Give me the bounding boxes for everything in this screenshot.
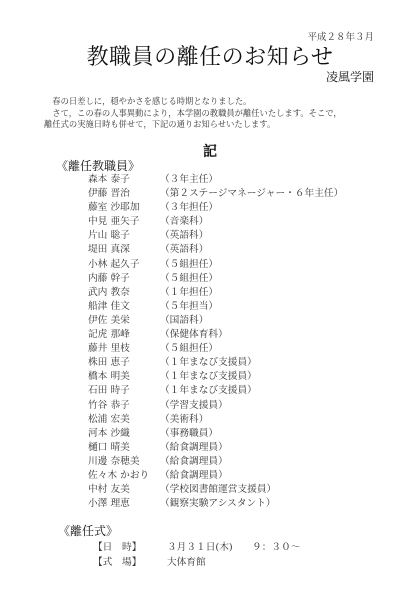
staff-role: （５組担任） [160, 258, 218, 272]
list-item: 中見 亜矢子（音楽科） [88, 215, 343, 229]
staff-role: （学習支援員） [160, 399, 228, 413]
list-item: 伊佐 美栄（国語科） [88, 314, 343, 328]
staff-role: （保健体育科） [160, 328, 228, 342]
ceremony-item-venue: 【式 場】大体育館 [93, 556, 301, 571]
staff-name: 橋本 明美 [88, 370, 160, 384]
list-item: 内藤 幹子（５組担任） [88, 272, 343, 286]
school-name: 凌風学園 [326, 68, 374, 85]
list-item: 松浦 宏美（美術科） [88, 413, 343, 427]
staff-name: 小澤 理恵 [88, 497, 160, 511]
staff-role: （５組担任） [160, 272, 218, 286]
intro-line: さて，この春の人事異動により，本学園の教職員が離任いたします。そこで， [44, 108, 342, 120]
staff-role: （給食調理員） [160, 469, 228, 483]
list-item: 佐々木 かおり（給食調理員） [88, 469, 343, 483]
list-item: 森本 泰子（３年主任） [88, 173, 343, 187]
ceremony-label: 【日 時】 [93, 541, 167, 556]
staff-role: （美術科） [160, 413, 208, 427]
staff-list: 森本 泰子（３年主任） 伊藤 晋治（第２ステージマネージャー・６年主任） 藤室 … [88, 173, 343, 511]
staff-name: 森本 泰子 [88, 173, 160, 187]
intro-line: 離任式の実施日時も併せて，下記の通りお知らせいたします。 [44, 119, 342, 131]
list-item: 石田 時子（１年まなび支援員） [88, 384, 343, 398]
staff-name: 船津 佳文 [88, 300, 160, 314]
staff-role: （国語科） [160, 314, 208, 328]
staff-name: 武内 教奈 [88, 286, 160, 300]
staff-section-heading: 《離任教職員》 [56, 157, 140, 174]
staff-name: 記虎 那峰 [88, 328, 160, 342]
staff-role: （学校図書館運営支援員） [160, 483, 276, 497]
staff-role: （給食調理員） [160, 455, 228, 469]
staff-name: 内藤 幹子 [88, 272, 160, 286]
staff-role: （３年担任） [160, 201, 218, 215]
staff-name: 片山 聡子 [88, 229, 160, 243]
staff-name: 中見 亜矢子 [88, 215, 160, 229]
staff-role: （５年担当） [160, 300, 218, 314]
staff-role: （給食調理員） [160, 441, 228, 455]
list-item: 小林 起久子（５組担任） [88, 258, 343, 272]
staff-name: 伊佐 美栄 [88, 314, 160, 328]
list-item: 堤田 真深（英語科） [88, 243, 343, 257]
list-item: 藤室 沙耶加（３年担任） [88, 201, 343, 215]
staff-name: 伊藤 晋治 [88, 187, 160, 201]
staff-role: （１年まなび支援員） [160, 370, 257, 384]
ceremony-section-heading: 《離任式》 [58, 522, 118, 539]
document-title: 教職員の離任のお知らせ [0, 40, 420, 71]
staff-name: 中村 友美 [88, 483, 160, 497]
ceremony-item-datetime: 【日 時】３月３１日(木) ９：３０～ [93, 541, 301, 556]
intro-paragraph: 春の日差しに，穏やかさを感じる時期となりました。 さて，この春の人事異動により，… [44, 96, 342, 131]
staff-role: （３年主任） [160, 173, 218, 187]
staff-role: （音楽科） [160, 215, 208, 229]
list-item: 片山 聡子（英語科） [88, 229, 343, 243]
staff-name: 石田 時子 [88, 384, 160, 398]
staff-role: （観察実験アシスタント） [160, 497, 276, 511]
list-item: 藤井 里枝（５組担任） [88, 342, 343, 356]
staff-role: （事務職員） [160, 427, 218, 441]
staff-name: 樋口 晴美 [88, 441, 160, 455]
list-item: 記虎 那峰（保健体育科） [88, 328, 343, 342]
staff-role: （１年まなび支援員） [160, 384, 257, 398]
list-item: 中村 友美（学校図書館運営支援員） [88, 483, 343, 497]
list-item: 武内 教奈（１年担任） [88, 286, 343, 300]
staff-name: 小林 起久子 [88, 258, 160, 272]
list-item: 株田 恵子（１年まなび支援員） [88, 356, 343, 370]
staff-name: 川邊 奈穂美 [88, 455, 160, 469]
staff-role: （５組担任） [160, 342, 218, 356]
ceremony-label: 【式 場】 [93, 556, 167, 571]
staff-name: 堤田 真深 [88, 243, 160, 257]
staff-role: （英語科） [160, 229, 208, 243]
list-item: 竹谷 恭子（学習支援員） [88, 399, 343, 413]
ceremony-value: 大体育館 [167, 556, 206, 571]
staff-role: （英語科） [160, 243, 208, 257]
staff-name: 河本 沙織 [88, 427, 160, 441]
staff-role: （１年担任） [160, 286, 218, 300]
list-item: 船津 佳文（５年担当） [88, 300, 343, 314]
staff-name: 松浦 宏美 [88, 413, 160, 427]
list-item: 川邊 奈穂美（給食調理員） [88, 455, 343, 469]
intro-line: 春の日差しに，穏やかさを感じる時期となりました。 [44, 96, 342, 108]
list-item: 橋本 明美（１年まなび支援員） [88, 370, 343, 384]
list-item: 小澤 理恵（観察実験アシスタント） [88, 497, 343, 511]
list-item: 河本 沙織（事務職員） [88, 427, 343, 441]
staff-role: （１年まなび支援員） [160, 356, 257, 370]
ceremony-details: 【日 時】３月３１日(木) ９：３０～ 【式 場】大体育館 [93, 541, 301, 570]
staff-name: 竹谷 恭子 [88, 399, 160, 413]
staff-name: 株田 恵子 [88, 356, 160, 370]
ceremony-value: ３月３１日(木) ９：３０～ [167, 541, 301, 556]
list-item: 伊藤 晋治（第２ステージマネージャー・６年主任） [88, 187, 343, 201]
staff-name: 佐々木 かおり [88, 469, 160, 483]
staff-name: 藤室 沙耶加 [88, 201, 160, 215]
staff-role: （第２ステージマネージャー・６年主任） [160, 187, 343, 201]
list-item: 樋口 晴美（給食調理員） [88, 441, 343, 455]
staff-name: 藤井 里枝 [88, 342, 160, 356]
